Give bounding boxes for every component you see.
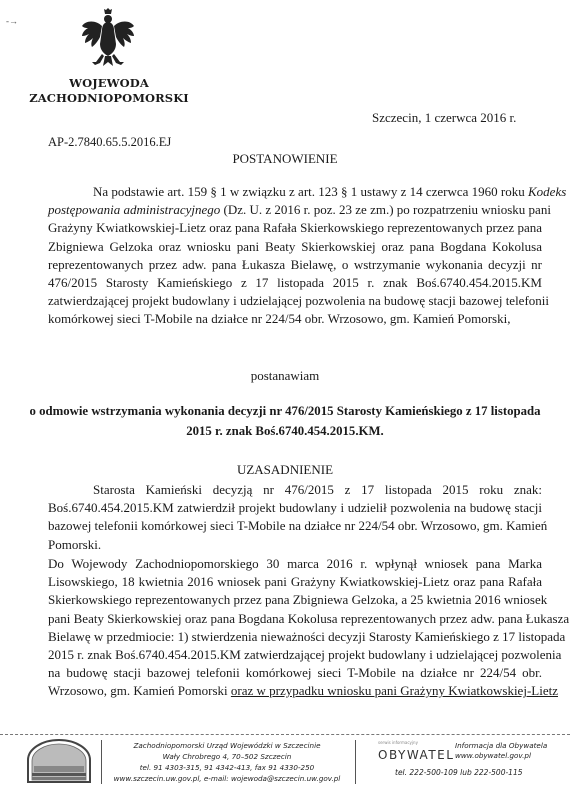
code-title-italic: postępowania administracyjnego bbox=[48, 202, 220, 217]
reference-number: AP-2.7840.65.5.2016.EJ bbox=[48, 135, 171, 150]
justification-line: Lisowskiego, 18 kwietnia 2016 wniosek pa… bbox=[48, 573, 542, 591]
office-web-email: www.szczecin.uw.gov.pl, e-mail: wojewoda… bbox=[112, 773, 342, 784]
justification-line: Starosta Kamieński decyzją nr 476/2015 z… bbox=[48, 481, 542, 499]
justification-line: Boś.6740.454.2015.KM zatwierdził projekt… bbox=[48, 499, 542, 517]
justification-line: bazowej telefonii komórkowej sieci T-Mob… bbox=[48, 517, 542, 535]
citizen-info-url: www.obywatel.gov.pl bbox=[455, 751, 547, 761]
justification-line: Bielawę w przedmiocie: 1) stwierdzenia n… bbox=[48, 628, 542, 646]
code-title-italic: Kodeks bbox=[528, 184, 566, 199]
justification-title: UZASADNIENIE bbox=[0, 462, 570, 478]
decision-verb: postanawiam bbox=[0, 368, 570, 384]
office-phones: tel. 91 4303-315, 91 4342-413, fax 91 43… bbox=[112, 762, 342, 773]
office-contact: Zachodniopomorski Urząd Wojewódzki w Szc… bbox=[112, 740, 342, 784]
intro-line: Zbigniewa Gelzoka oraz wniosku pani Beat… bbox=[48, 238, 542, 256]
office-address: Wały Chrobrego 4, 70–502 Szczecin bbox=[112, 751, 342, 762]
intro-line: komórkowej sieci T-Mobile na działce nr … bbox=[48, 310, 542, 328]
intro-paragraph: Na podstawie art. 159 § 1 w związku z ar… bbox=[48, 183, 542, 329]
justification-line: 2015 r. znak Boś.6740.454.2015.KM zatwie… bbox=[48, 646, 542, 664]
justification-line: Do Wojewody Zachodniopomorskiego 30 marc… bbox=[48, 555, 542, 573]
justification-paragraph-1: Starosta Kamieński decyzją nr 476/2015 z… bbox=[48, 481, 542, 554]
issuer-name: WOJEWODA ZACHODNIOPOMORSKI bbox=[20, 76, 198, 106]
intro-line: Na podstawie art. 159 § 1 w związku z ar… bbox=[48, 183, 542, 201]
decision-line-1: o odmowie wstrzymania wykonania decyzji … bbox=[0, 404, 570, 419]
eagle-emblem-icon bbox=[78, 8, 138, 70]
underlined-text: oraz w przypadku wniosku pani Grażyny Kw… bbox=[231, 683, 558, 698]
place-date: Szczecin, 1 czerwca 2016 r. bbox=[372, 110, 516, 126]
justification-paragraph-2: Do Wojewody Zachodniopomorskiego 30 marc… bbox=[48, 555, 542, 701]
justification-line: na budowę stacji bazowej telefonii komór… bbox=[48, 664, 542, 682]
footer-divider bbox=[0, 734, 570, 735]
issuer-line-1: WOJEWODA bbox=[20, 76, 198, 91]
intro-line: 476/2015 Starosty Kamieńskiego z 17 list… bbox=[48, 274, 542, 292]
citizen-info-phone: tel. 222-500-109 lub 222-500-115 bbox=[395, 768, 523, 777]
decision-line-2: 2015 r. znak Boś.6740.454.2015.KM. bbox=[0, 424, 570, 439]
intro-line: Grażyny Kwiatkowskiej-Lietz oraz pana Ra… bbox=[48, 219, 542, 237]
footer-separator bbox=[355, 740, 356, 784]
scan-mark: -→ bbox=[6, 16, 18, 26]
intro-line: postępowania administracyjnego (Dz. U. z… bbox=[48, 201, 542, 219]
footer-separator bbox=[101, 740, 102, 784]
citizen-info: Informacja dla Obywatela www.obywatel.go… bbox=[455, 741, 547, 761]
document-title: POSTANOWIENIE bbox=[0, 151, 570, 167]
citizen-info-title: Informacja dla Obywatela bbox=[455, 741, 547, 751]
office-logo-icon bbox=[20, 738, 98, 784]
justification-line: pani Beaty Skierkowskiej oraz pana Bogda… bbox=[48, 610, 542, 628]
issuer-line-2: ZACHODNIOPOMORSKI bbox=[20, 91, 198, 106]
obywatel-logo: OBYWATEL bbox=[378, 748, 454, 762]
justification-line: Pomorski. bbox=[48, 536, 542, 554]
justification-line: Wrzosowo, gm. Kamień Pomorski oraz w prz… bbox=[48, 682, 542, 700]
obywatel-tagline: serwis informacyjny bbox=[378, 740, 418, 745]
justification-line: Skierkowskiego reprezentowanych przez pa… bbox=[48, 591, 542, 609]
office-name: Zachodniopomorski Urząd Wojewódzki w Szc… bbox=[112, 740, 342, 751]
intro-line: reprezentowanych przez adw. pana Łukasza… bbox=[48, 256, 542, 274]
intro-line: zatwierdzającej projekt budowlany i udzi… bbox=[48, 292, 542, 310]
